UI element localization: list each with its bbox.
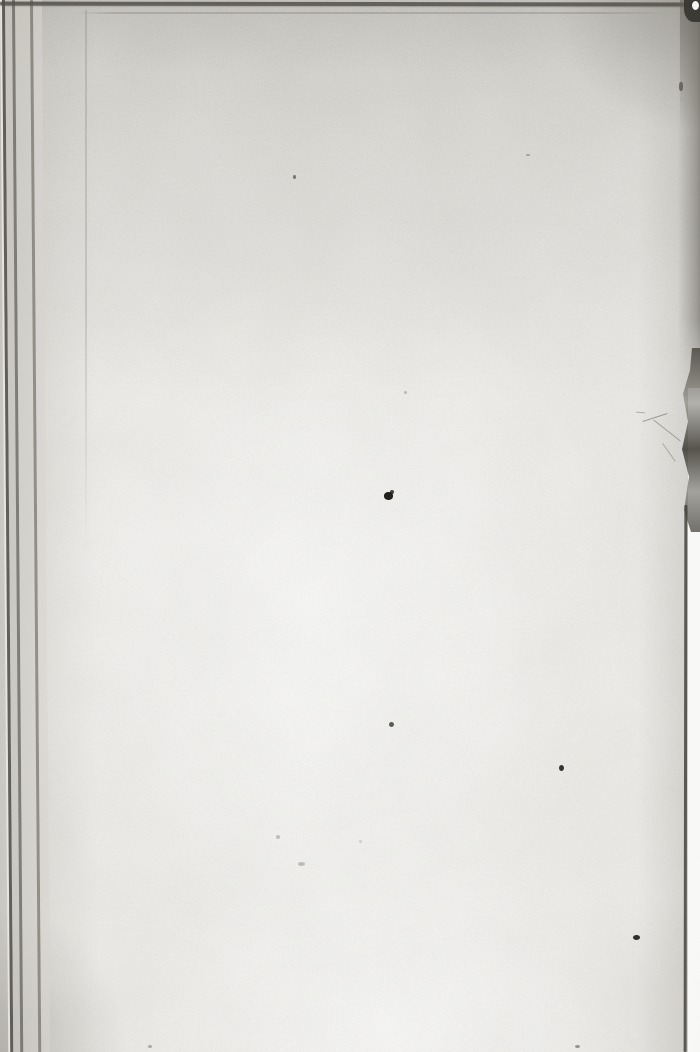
marks-layer: [0, 0, 700, 1052]
speck: [276, 835, 280, 839]
speck: [389, 722, 394, 727]
speck: [148, 1045, 152, 1048]
speck: [298, 862, 305, 866]
scanned-book-page: [0, 0, 700, 1052]
speck: [404, 391, 407, 394]
speck: [390, 490, 394, 494]
scratch: [662, 443, 675, 462]
page-curl-mark: [679, 82, 683, 91]
speck: [293, 175, 296, 179]
speck: [526, 154, 530, 156]
speck: [359, 840, 362, 843]
speck: [575, 1045, 580, 1048]
speck: [633, 935, 640, 940]
speck: [559, 765, 564, 771]
scratch: [653, 420, 680, 442]
scratch: [636, 412, 645, 414]
